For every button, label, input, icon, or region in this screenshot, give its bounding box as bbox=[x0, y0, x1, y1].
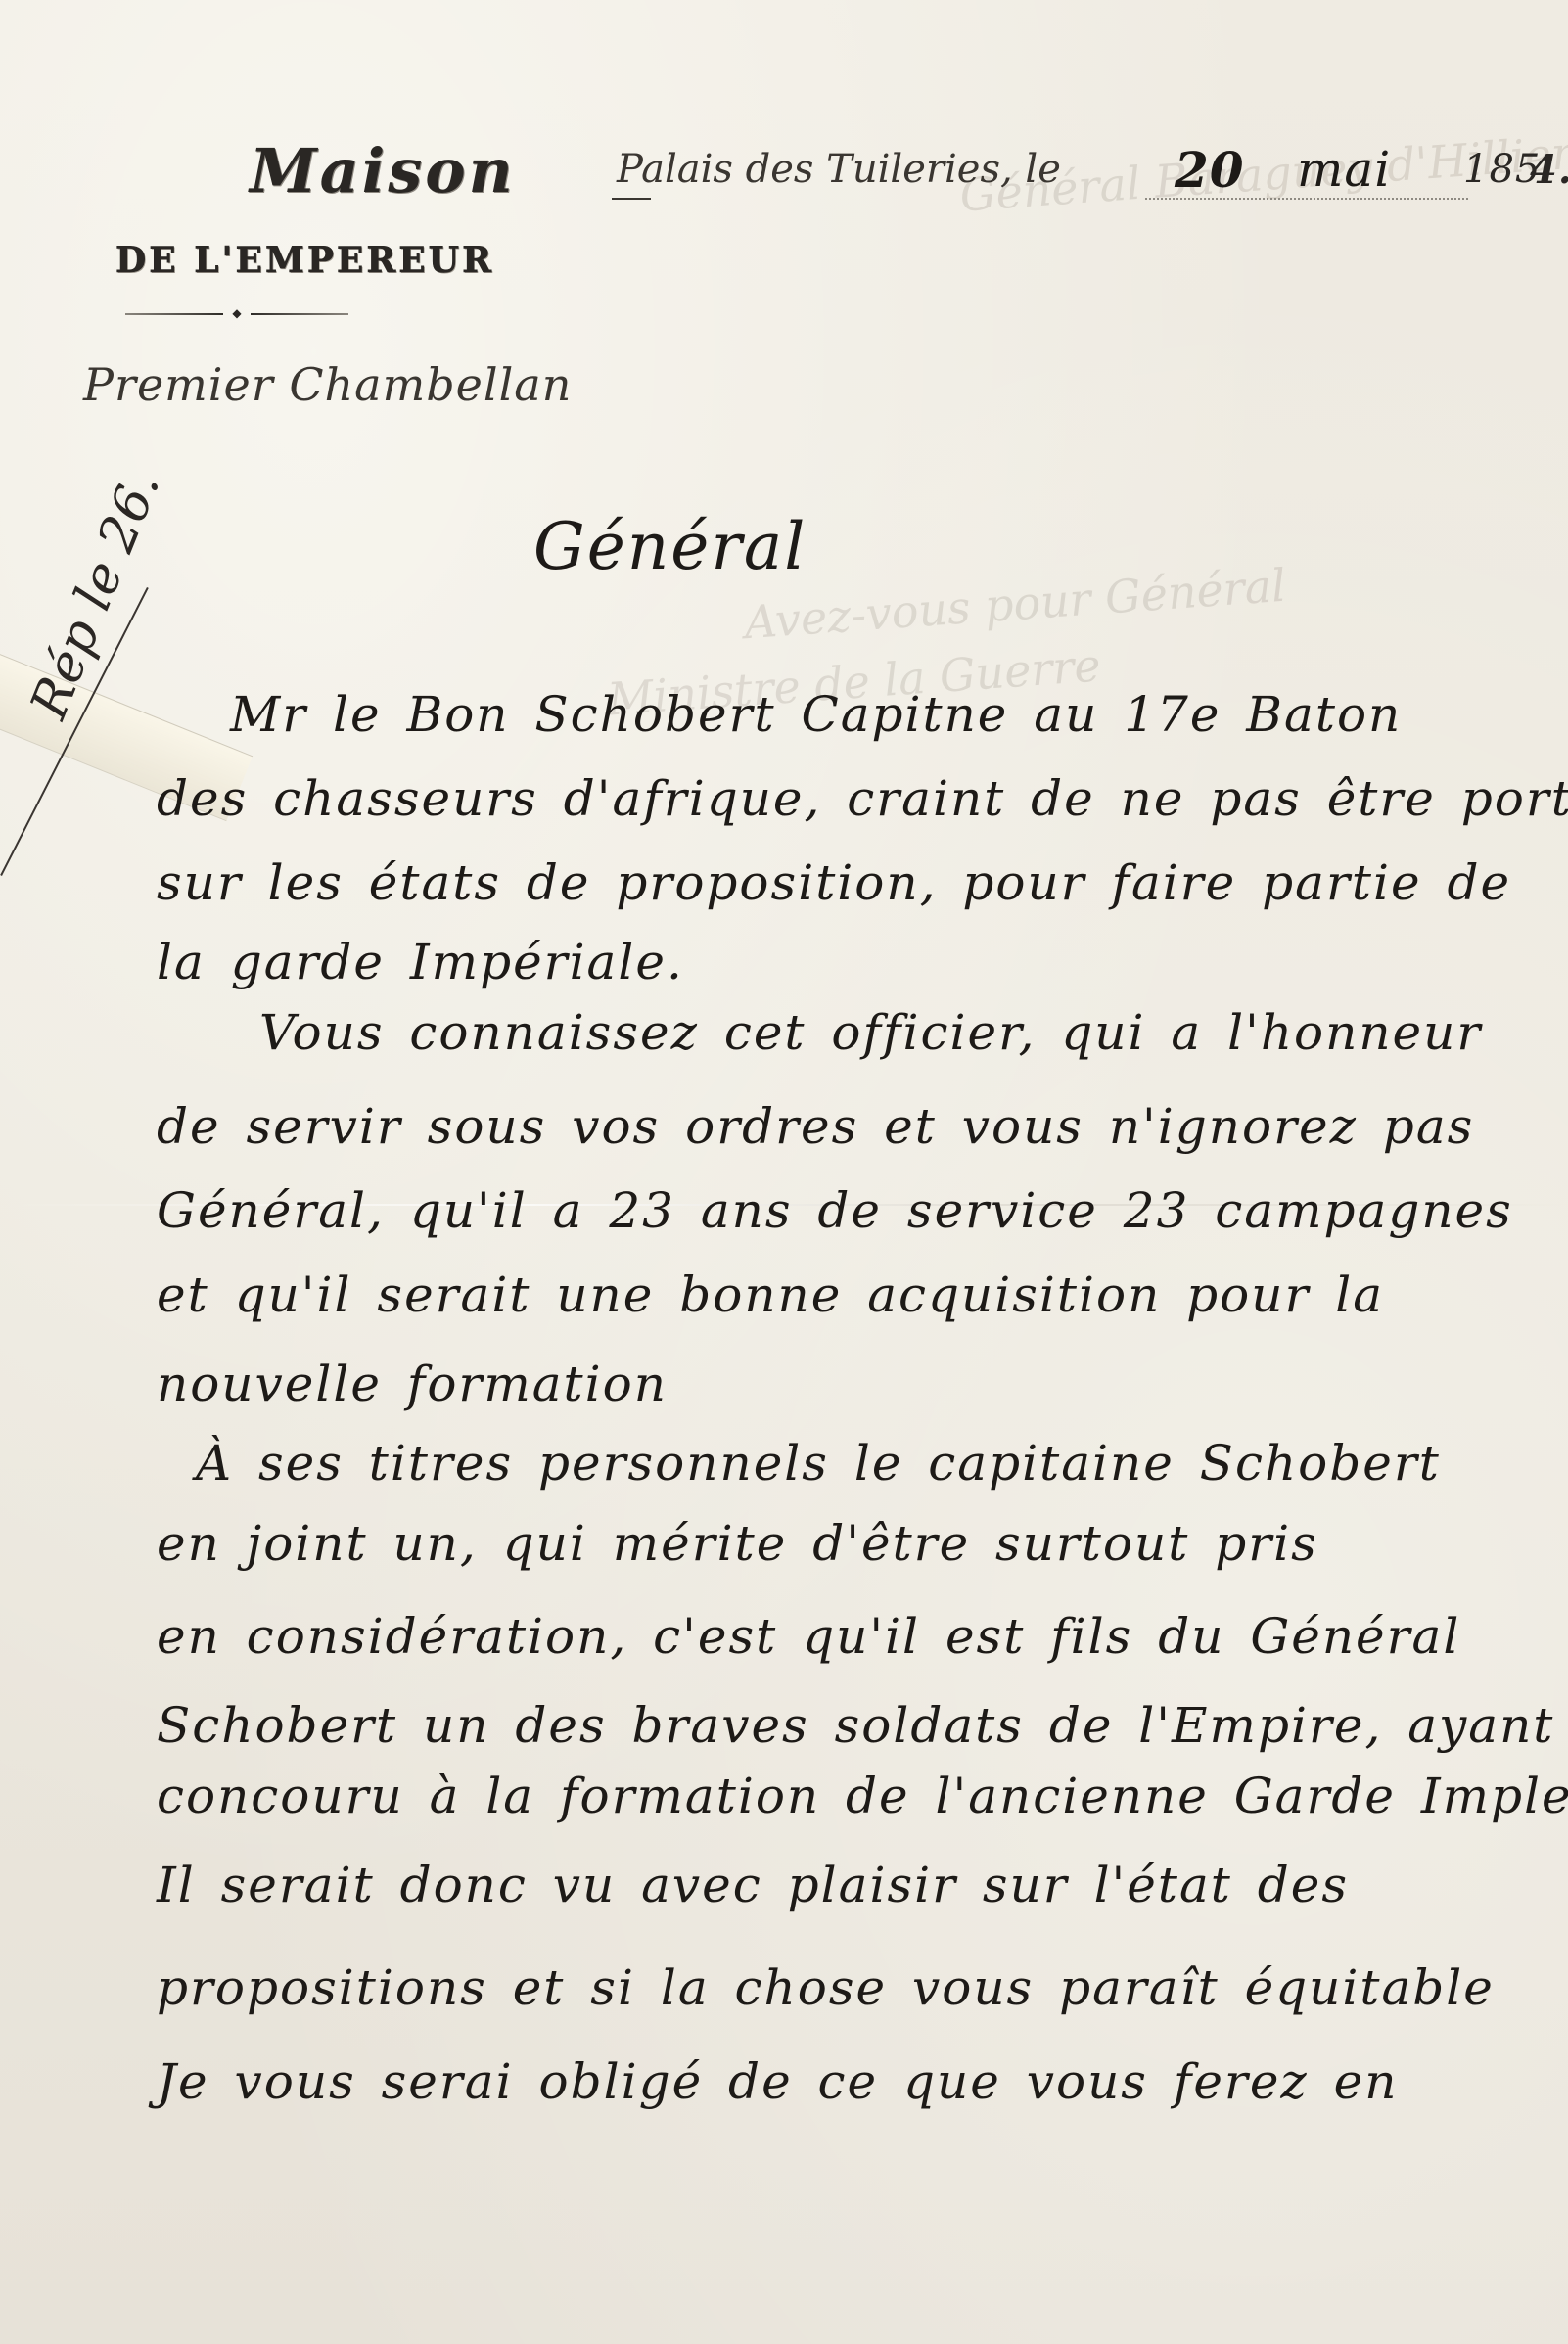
body-line: Général, qu'il a 23 ans de service 23 ca… bbox=[157, 1181, 1513, 1240]
body-line: Schobert un des braves soldats de l'Empi… bbox=[157, 1696, 1554, 1755]
body-line: la garde Impériale. bbox=[157, 933, 684, 991]
body-line: À ses titres personnels le capitaine Sch… bbox=[196, 1434, 1441, 1493]
dateline: Palais des Tuileries, le 20 mai 185 4. bbox=[602, 147, 1556, 206]
ornament-line-left bbox=[125, 313, 223, 315]
body-line: en considération, c'est qu'il est fils d… bbox=[157, 1607, 1460, 1666]
body-line: Mr le Bon Schobert Capitne au 17e Baton bbox=[230, 685, 1402, 744]
letterhead-maison: Maison bbox=[250, 135, 516, 207]
body-line: et qu'il serait une bonne acquisition po… bbox=[157, 1265, 1384, 1324]
body-line: des chasseurs d'afrique, craint de ne pa… bbox=[157, 769, 1568, 828]
dateline-year-digit: 4. bbox=[1530, 147, 1568, 193]
ornament-line-right bbox=[251, 313, 348, 315]
dateline-flourish bbox=[612, 198, 651, 200]
body-line: Vous connaissez cet officier, qui a l'ho… bbox=[259, 1003, 1482, 1062]
letterhead-de-lempereur: DE L'EMPEREUR bbox=[115, 240, 494, 281]
body-line: propositions et si la chose vous paraît … bbox=[157, 1958, 1495, 2017]
body-line: Il serait donc vu avec plaisir sur l'éta… bbox=[157, 1856, 1349, 1914]
body-line: de servir sous vos ordres et vous n'igno… bbox=[157, 1097, 1474, 1156]
body-line: en joint un, qui mérite d'être surtout p… bbox=[157, 1514, 1318, 1573]
body-line: Je vous serai obligé de ce que vous fere… bbox=[157, 2052, 1398, 2111]
salutation: Général bbox=[533, 509, 807, 584]
letterhead-office-title: Premier Chambellan bbox=[83, 358, 572, 411]
dateline-day: 20 bbox=[1175, 141, 1245, 199]
dateline-place: Palais des Tuileries, le bbox=[617, 147, 1061, 192]
body-line: nouvelle formation bbox=[157, 1355, 668, 1413]
body-line: concouru à la formation de l'ancienne Ga… bbox=[157, 1767, 1568, 1825]
body-line: sur les états de proposition, pour faire… bbox=[157, 853, 1511, 912]
dateline-month: mai bbox=[1297, 141, 1391, 198]
letterhead-ornament-divider: ◆ bbox=[125, 311, 348, 317]
ornament-knot-icon: ◆ bbox=[229, 307, 245, 319]
